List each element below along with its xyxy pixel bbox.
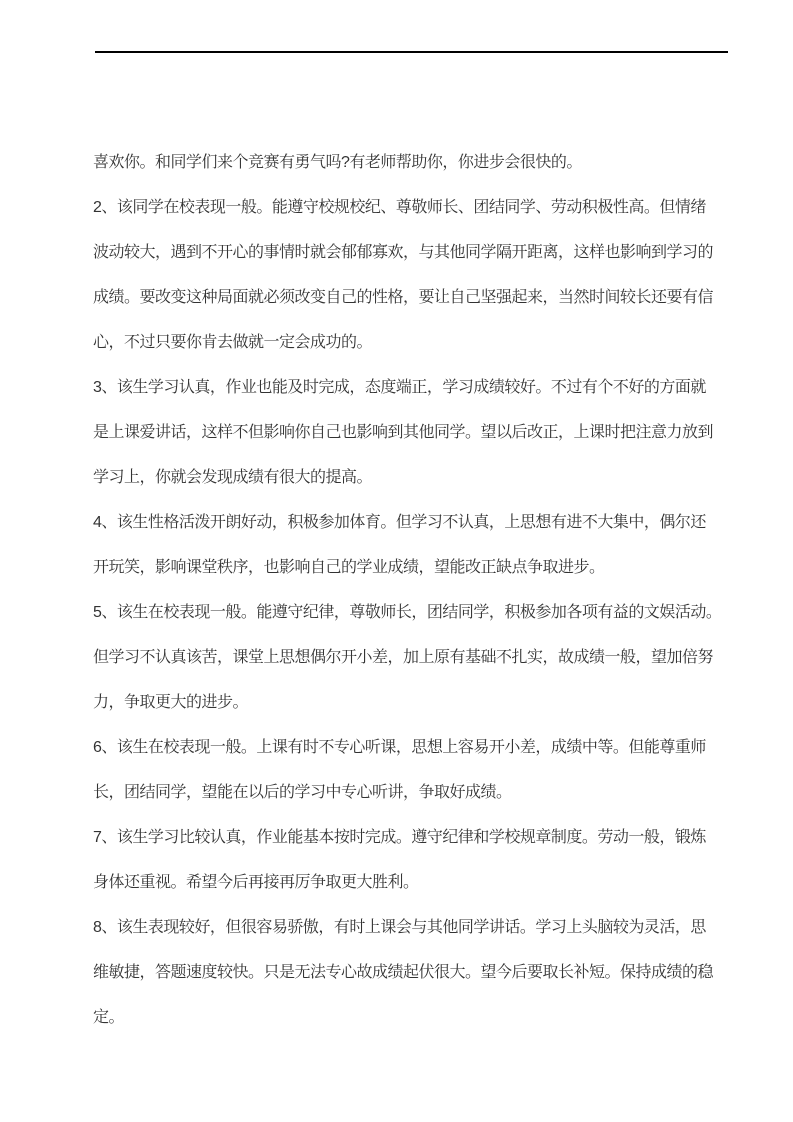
- paragraph: 4、该生性格活泼开朗好动，积极参加体育。但学习不认真，上思想有进不大集中，偶尔还…: [93, 500, 715, 590]
- paragraph-line: 7、该生学习比较认真，作业能基本按时完成。遵守纪律和学校规章制度。劳动一般，锻炼: [93, 815, 715, 860]
- paragraph-line: 喜欢你。和同学们来个竞赛有勇气吗?有老师帮助你，你进步会很快的。: [93, 140, 715, 185]
- paragraph: 6、该生在校表现一般。上课有时不专心听课，思想上容易开小差，成绩中等。但能尊重师…: [93, 725, 715, 815]
- paragraph-line: 定。: [93, 995, 715, 1040]
- paragraph-line: 3、该生学习认真，作业也能及时完成，态度端正，学习成绩较好。不过有个不好的方面就: [93, 365, 715, 410]
- paragraph: 5、该生在校表现一般。能遵守纪律，尊敬师长，团结同学，积极参加各项有益的文娱活动…: [93, 590, 715, 725]
- paragraph-line: 心，不过只要你肯去做就一定会成功的。: [93, 320, 715, 365]
- paragraph: 3、该生学习认真，作业也能及时完成，态度端正，学习成绩较好。不过有个不好的方面就…: [93, 365, 715, 500]
- paragraph: 2、该同学在校表现一般。能遵守校规校纪、尊敬师长、团结同学、劳动积极性高。但情绪…: [93, 185, 715, 365]
- paragraph-line: 4、该生性格活泼开朗好动，积极参加体育。但学习不认真，上思想有进不大集中，偶尔还: [93, 500, 715, 545]
- paragraph-line: 是上课爱讲话，这样不但影响你自己也影响到其他同学。望以后改正，上课时把注意力放到: [93, 410, 715, 455]
- paragraph-line: 但学习不认真该苦，课堂上思想偶尔开小差，加上原有基础不扎实，故成绩一般，望加倍努: [93, 635, 715, 680]
- header-rule: [95, 51, 728, 53]
- paragraph: 7、该生学习比较认真，作业能基本按时完成。遵守纪律和学校规章制度。劳动一般，锻炼…: [93, 815, 715, 905]
- paragraph-line: 开玩笑，影响课堂秩序，也影响自己的学业成绩，望能改正缺点争取进步。: [93, 545, 715, 590]
- paragraph-line: 波动较大，遇到不开心的事情时就会郁郁寡欢，与其他同学隔开距离，这样也影响到学习的: [93, 230, 715, 275]
- document-body: 喜欢你。和同学们来个竞赛有勇气吗?有老师帮助你，你进步会很快的。2、该同学在校表…: [93, 140, 715, 1040]
- paragraph-line: 维敏捷，答题速度较快。只是无法专心故成绩起伏很大。望今后要取长补短。保持成绩的稳: [93, 950, 715, 995]
- paragraph-line: 5、该生在校表现一般。能遵守纪律，尊敬师长，团结同学，积极参加各项有益的文娱活动…: [93, 590, 715, 635]
- paragraph-line: 身体还重视。希望今后再接再厉争取更大胜利。: [93, 860, 715, 905]
- paragraph: 8、该生表现较好，但很容易骄傲，有时上课会与其他同学讲话。学习上头脑较为灵活，思…: [93, 905, 715, 1040]
- document-page: 喜欢你。和同学们来个竞赛有勇气吗?有老师帮助你，你进步会很快的。2、该同学在校表…: [0, 0, 793, 1122]
- paragraph-line: 学习上，你就会发现成绩有很大的提高。: [93, 455, 715, 500]
- paragraph-line: 8、该生表现较好，但很容易骄傲，有时上课会与其他同学讲话。学习上头脑较为灵活，思: [93, 905, 715, 950]
- paragraph-line: 6、该生在校表现一般。上课有时不专心听课，思想上容易开小差，成绩中等。但能尊重师: [93, 725, 715, 770]
- paragraph: 喜欢你。和同学们来个竞赛有勇气吗?有老师帮助你，你进步会很快的。: [93, 140, 715, 185]
- paragraph-line: 成绩。要改变这种局面就必须改变自己的性格，要让自己坚强起来，当然时间较长还要有信: [93, 275, 715, 320]
- paragraph-line: 力，争取更大的进步。: [93, 680, 715, 725]
- paragraph-line: 2、该同学在校表现一般。能遵守校规校纪、尊敬师长、团结同学、劳动积极性高。但情绪: [93, 185, 715, 230]
- paragraph-line: 长，团结同学，望能在以后的学习中专心听讲，争取好成绩。: [93, 770, 715, 815]
